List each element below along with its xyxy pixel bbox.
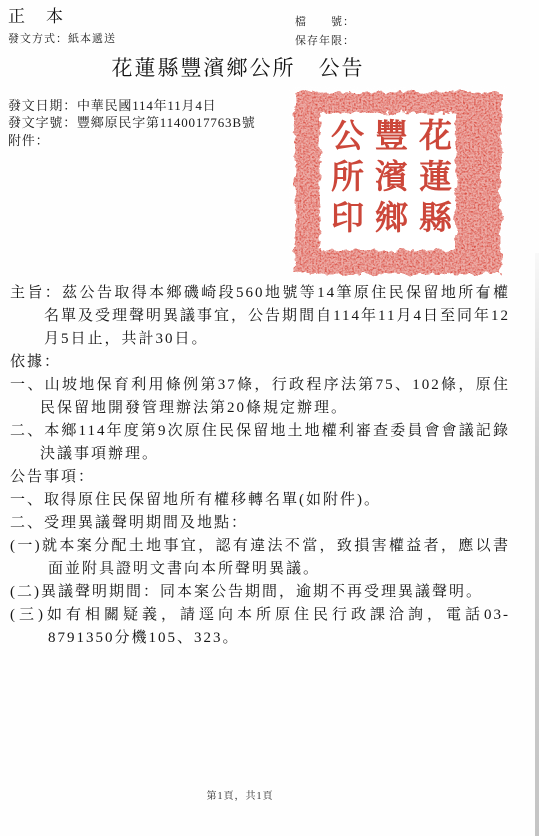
file-number-label: 檔 號： [295,13,355,29]
doc-number-line: 發文字號：豐鄉原民字第1140017763B號 [8,114,256,131]
basis-item-1: 一、山坡地保育利用條例第37條，行政程序法第75、102條，原住民保留地開發管理… [10,374,510,420]
basis-item-2: 二、本鄉114年度第9次原住民保留地土地權利審查委員會會議記錄決議事項辦理。 [10,420,510,466]
attachment-line: 附件： [8,132,256,149]
document-title: 花蓮縣豐濱鄉公所 公告 [0,52,476,82]
announcement-document: 正 本 發文方式：紙本遞送 檔 號： 保存年限： 花蓮縣豐濱鄉公所 公告 發文日… [0,0,539,836]
announcement-item-2: 二、受理異議聲明期間及地點： [10,512,510,535]
announcement-item-1: 一、取得原住民保留地所有權移轉名單(如附件)。 [10,489,510,512]
basis-heading: 依據： [10,351,510,374]
scan-artifact-edge [535,253,539,836]
seal-text: 花蓮縣豐濱鄉公所印 [322,114,454,252]
announcement-subitem-3: (三)如有相關疑義，請逕向本所原住民行政課洽詢，電話03-8791350分機10… [10,604,510,650]
announcement-body: 主旨：茲公告取得本鄉磯崎段560地號等14筆原住民保留地所有權名單及受理聲明異議… [10,282,510,650]
document-meta: 發文日期：中華民國114年11月4日 發文字號：豐鄉原民字第1140017763… [8,97,256,149]
subject-paragraph: 主旨：茲公告取得本鄉磯崎段560地號等14筆原住民保留地所有權名單及受理聲明異議… [10,282,510,351]
announcement-heading: 公告事項： [10,466,510,489]
delivery-method-label: 發文方式：紙本遞送 [8,30,116,46]
announcement-subitem-1: (一)就本案分配土地事宜，認有違法不當，致損害權益者，應以書面並附具證明文書向本… [10,535,510,581]
official-seal-stamp: 花蓮縣豐濱鄉公所印 [289,86,507,280]
page-number: 第1頁，共1頁 [0,787,480,802]
copy-type-label: 正 本 [8,2,65,27]
issue-date-line: 發文日期：中華民國114年11月4日 [8,97,256,114]
retention-period-label: 保存年限： [295,32,355,48]
announcement-subitem-2: (二)異議聲明期間：同本案公告期間，逾期不再受理異議聲明。 [10,581,510,604]
